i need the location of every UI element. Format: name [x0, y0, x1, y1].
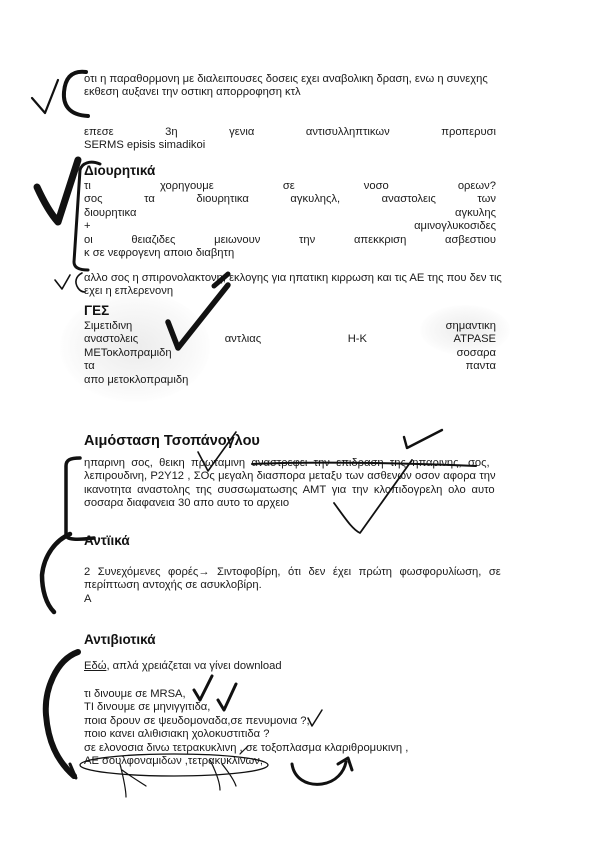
word: ασβεστιου: [445, 234, 496, 247]
word: αντισυλληπτικων: [306, 126, 390, 139]
text-row: Σιμετιδινη σημαντικη: [84, 320, 496, 333]
text-row: οι θειαζιδες μειωνουν την απεκκριση ασβε…: [84, 234, 496, 247]
word: +: [84, 220, 91, 233]
word: των: [477, 193, 496, 206]
word: γενια: [229, 126, 254, 139]
question-line: ΑΕ σουλφοναμιδων ,τετρακυκλινων,: [84, 755, 504, 768]
text-line: περίπτωση αντοχής σε ασυκλοβίρη.: [84, 579, 496, 592]
word: προπερυσι: [441, 126, 496, 139]
text-row: + αμινογλυκοσιδες: [84, 220, 496, 233]
word: διουρητικα: [84, 207, 136, 220]
word: απεκκριση: [354, 234, 406, 247]
section-title-hemostasis: Αιμόσταση Τσοπάνογλου: [84, 433, 260, 449]
word: μειωνουν: [214, 234, 260, 247]
text-line: απο μετοκλοπραμιδη: [84, 374, 496, 387]
checkmark-icon: [55, 275, 70, 289]
text-line: Α: [84, 593, 496, 606]
diuretics-paragraph: τι χορηγουμε σε νοσο ορεων? σος τα διουρ…: [84, 180, 496, 260]
word: αντλιας: [225, 333, 261, 346]
cross-mark: [122, 770, 146, 786]
word: σημαντικη: [446, 320, 496, 333]
word: 3η: [165, 126, 177, 139]
text-row: σος τα διουρητικα αγκυληςλ, αναστολεις τ…: [84, 193, 496, 206]
text-line: σοσαρα διαφανεια 30 απο αυτο το αρχειο: [84, 497, 496, 510]
antibiotics-download-line: Εδώ, απλά χρειάζεται να γίνει download: [84, 660, 496, 673]
word: σοσαρα: [457, 347, 496, 360]
word: τα: [144, 193, 155, 206]
checkmark-icon: [404, 430, 442, 448]
cross-mark: [120, 764, 126, 797]
intro-line: οτι η παραθορμονη με διαλειπουσες δοσεις…: [84, 73, 496, 86]
question-line: τι δινουμε σε MRSA,: [84, 688, 504, 701]
text-row: τι χορηγουμε σε νοσο ορεων?: [84, 180, 496, 193]
word: οι: [84, 234, 93, 247]
word: διουρητικα: [196, 193, 248, 206]
text-row: ΜΕΤοκλοπραμιδη σοσαρα: [84, 347, 496, 360]
section-title-antibiotics: Αντιβιοτικά: [84, 632, 156, 647]
text-row: ηπαρινη σος, θεικη πρωταμινη αναστρεφει …: [84, 457, 496, 470]
text-line: λεπιρουδινη, P2Y12 , ΣΟς μεγαλη διασπορα…: [84, 470, 496, 483]
word: Σιμετιδινη: [84, 320, 132, 333]
antivirals-paragraph: 2 Συνεχόμενες φορές→ Σιντοφοβίρη, ότι δε…: [84, 566, 496, 606]
word: τα: [84, 360, 95, 373]
word: αναστολεις: [382, 193, 436, 206]
hemostasis-paragraph: ηπαρινη σος, θεικη πρωταμινη αναστρεφει …: [84, 457, 496, 511]
text-line: 2 Συνεχόμενες φορές→ Σιντοφοβίρη, ότι δε…: [84, 566, 496, 579]
question-line: ποια δρουν σε ψευδομοναδα,σε πενυμονια ?…: [84, 715, 504, 728]
word: αγκυλης: [455, 207, 496, 220]
intro-line: εκθεση αυξανει την οστικη απορροφηση κτλ: [84, 86, 496, 99]
word: νοσο: [364, 180, 389, 193]
word: αναστολεις: [84, 333, 138, 346]
text-fragment: σος,: [462, 457, 490, 470]
antibiotics-questions: τι δινουμε σε MRSA, ΤΙ δινουμε σε μηνιγγ…: [84, 688, 504, 768]
text-line: ικανοτητα αναστολης της συσσωματωσης ΑΜΤ…: [84, 484, 496, 497]
text-row: διουρητικα αγκυλης: [84, 207, 496, 220]
word: τι: [84, 180, 91, 193]
section-title-antivirals: Αντϊικά: [84, 533, 130, 548]
word: επεσε: [84, 126, 114, 139]
section-title-diuretics: Διουρητικά: [84, 163, 155, 178]
document-page: οτι η παραθορμονη με διαλειπουσες δοσεις…: [0, 0, 595, 842]
spironolactone-paragraph: αλλο σος η σπιρονολακτονη, εκλογης για η…: [84, 272, 496, 299]
underlined-text: αναστρεφει την επιδραση της ηπαρινης,: [251, 457, 461, 470]
serms-line: SERMS episis simadikoi: [84, 139, 496, 152]
question-line: ποιο κανει αλιθισιακη χολοκυστιτιδα ?: [84, 728, 504, 741]
word: ορεων?: [458, 180, 496, 193]
text-row: αναστολεις αντλιας Η-Κ ATPASE: [84, 333, 496, 346]
word: την: [299, 234, 315, 247]
word: χορηγουμε: [160, 180, 214, 193]
text-line: κ σε νεφρογενη αποιο διαβητη: [84, 247, 496, 260]
intro-paragraph: οτι η παραθορμονη με διαλειπουσες δοσεις…: [84, 73, 496, 100]
text-row: τα παντα: [84, 360, 496, 373]
checkmark-icon: [32, 80, 58, 113]
serms-paragraph: επεσε 3η γενια αντισυλληπτικων προπερυσι…: [84, 126, 496, 153]
word: σε: [283, 180, 295, 193]
question-line: σε ελονοσια δινω τετρακυκλινη , σε τοξοπ…: [84, 742, 504, 755]
word: ΜΕΤοκλοπραμιδη: [84, 347, 172, 360]
serms-row: επεσε 3η γενια αντισυλληπτικων προπερυσι: [84, 126, 496, 139]
text-fragment: , απλά χρειάζεται να γίνει download: [106, 660, 281, 672]
question-line: ΤΙ δινουμε σε μηνιγγιτιδα,: [84, 701, 504, 714]
text-line: αλλο σος η σπιρονολακτονη, εκλογης για η…: [84, 272, 496, 285]
word: σος: [84, 193, 103, 206]
section-title-ges: ΓΕΣ: [84, 303, 109, 318]
bracket-icon: [42, 534, 70, 612]
word: παντα: [466, 360, 496, 373]
arrowhead-icon: [66, 764, 76, 778]
ges-paragraph: Σιμετιδινη σημαντικη αναστολεις αντλιας …: [84, 320, 496, 387]
word: αμινογλυκοσιδες: [414, 220, 496, 233]
word: θειαζιδες: [131, 234, 175, 247]
word: Η-Κ: [348, 333, 367, 346]
word: αγκυληςλ,: [290, 193, 340, 206]
text-fragment: ηπαρινη σος, θεικη πρωταμινη: [84, 457, 251, 470]
text-line: εχει η επλερενονη: [84, 285, 496, 298]
word: ATPASE: [454, 333, 496, 346]
download-link[interactable]: Εδώ: [84, 660, 106, 672]
checkmark-icon: [37, 160, 78, 222]
bracket-icon: [46, 652, 78, 776]
